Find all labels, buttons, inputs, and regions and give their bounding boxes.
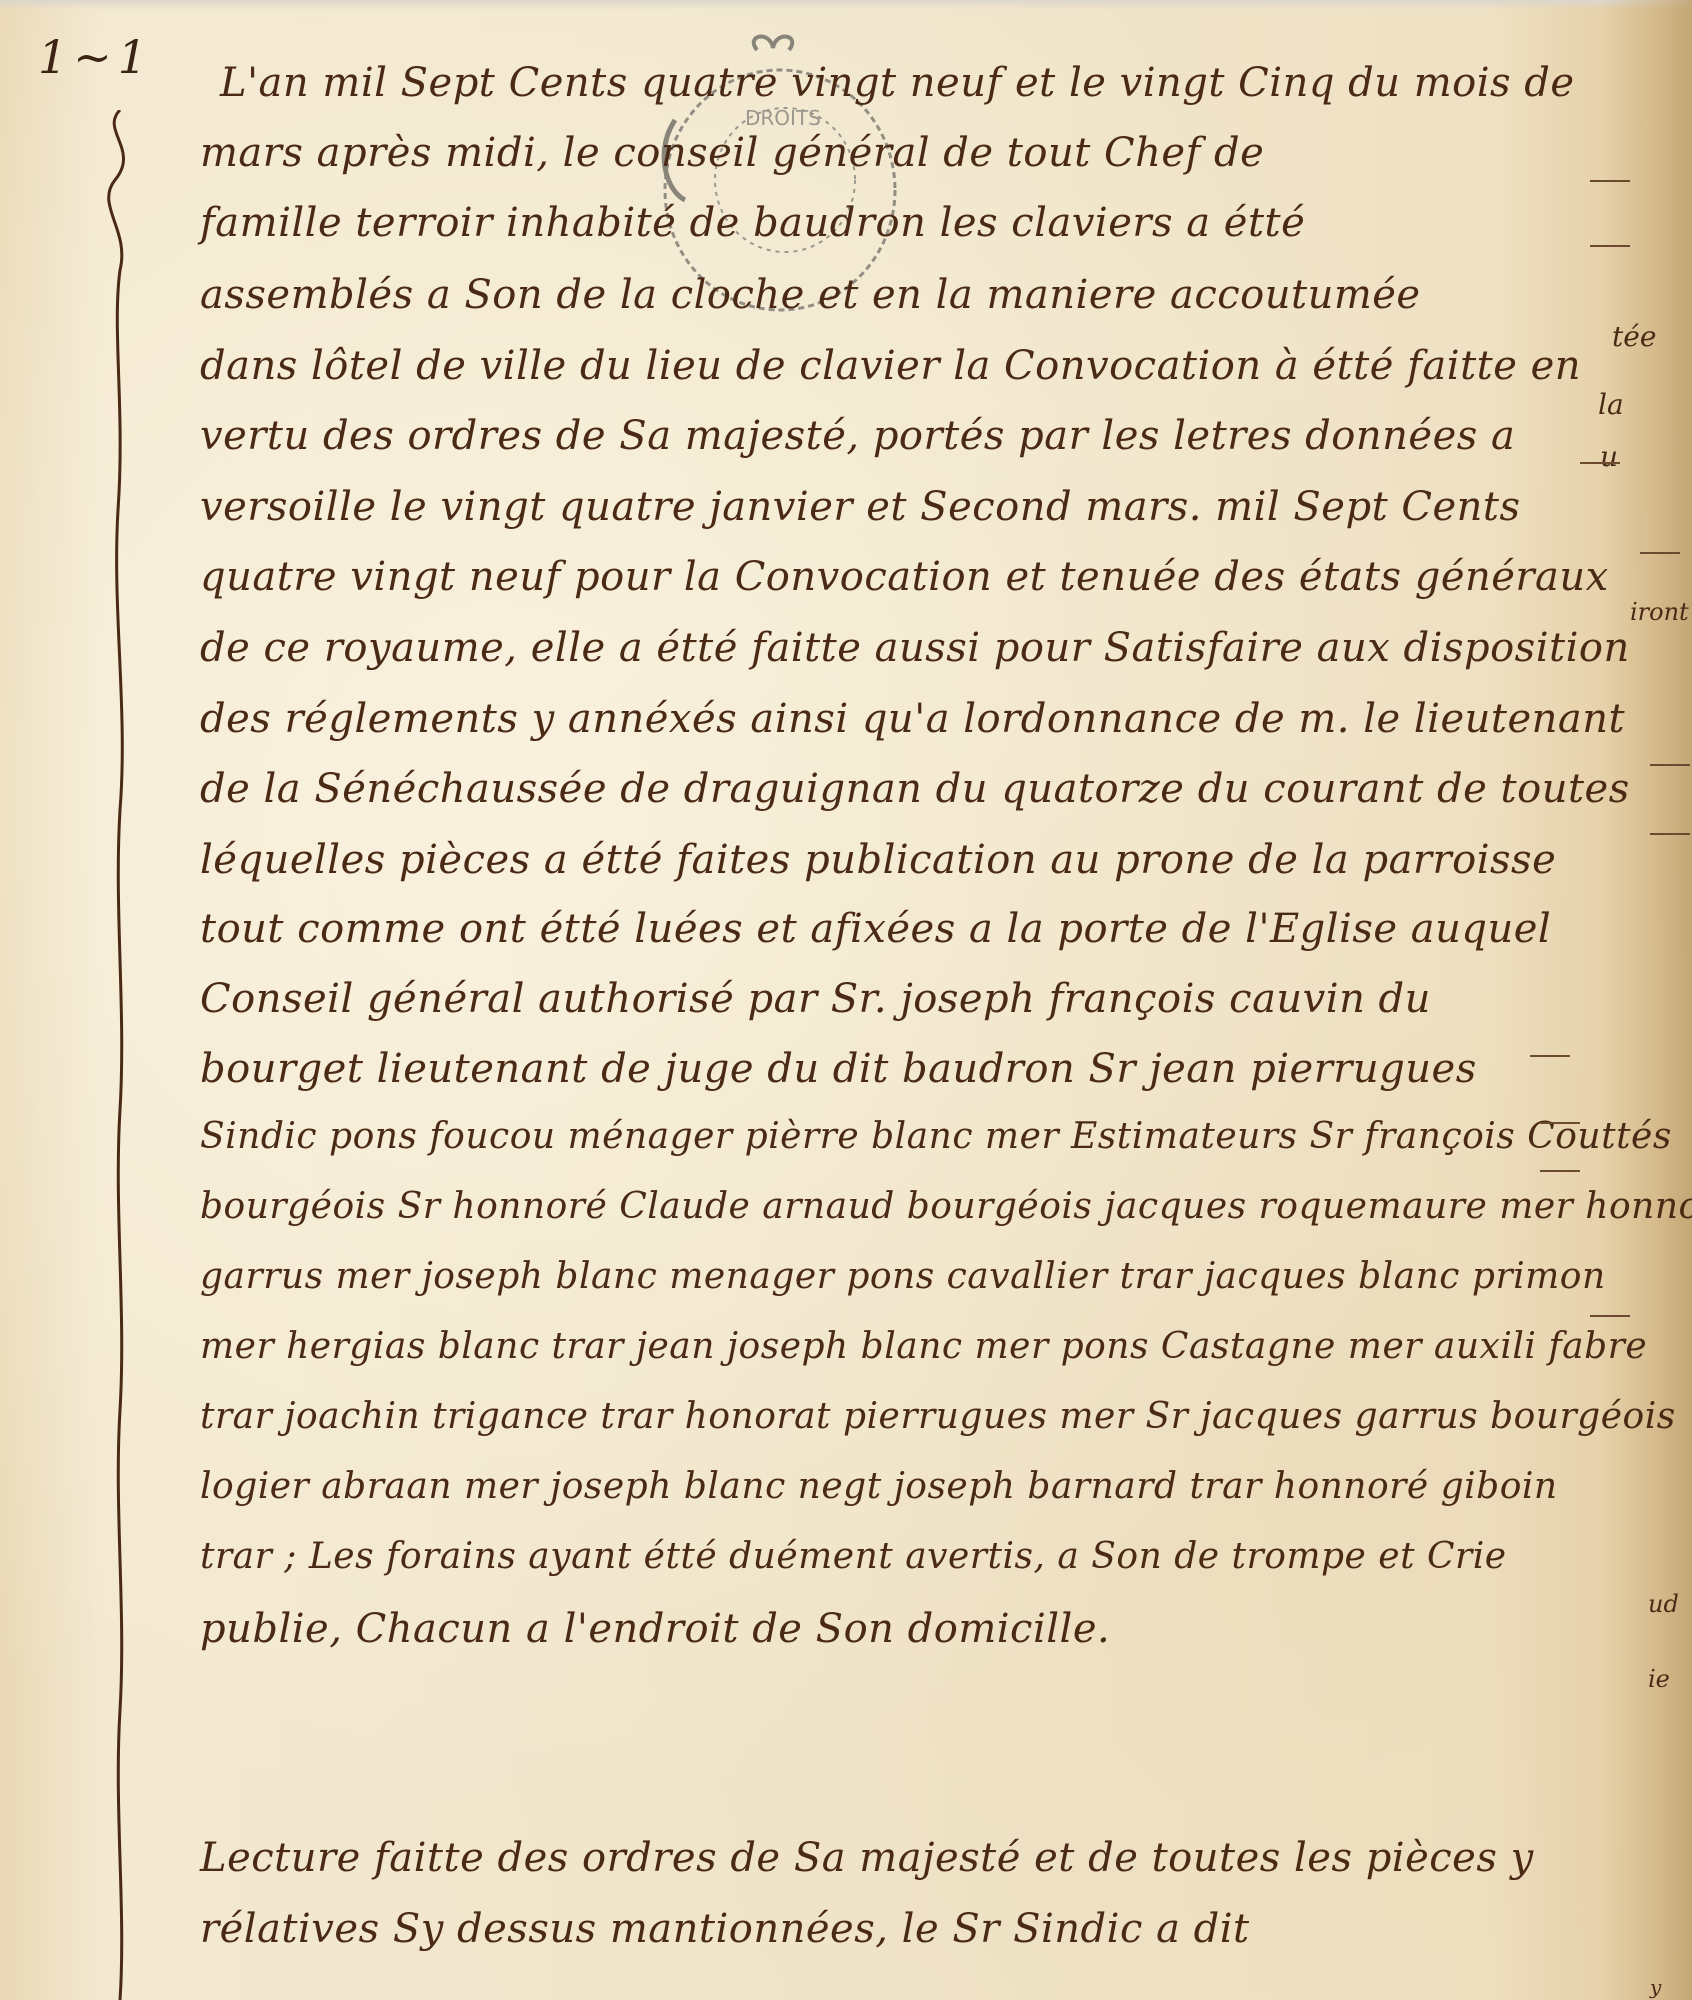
text-line: logier abraan mer joseph blanc negt jose… [200, 1466, 1558, 1507]
text-line: des réglements y annéxés ainsi qu'a lord… [200, 696, 1625, 742]
margin-note: u [1600, 440, 1618, 473]
text-line: versoille le vingt quatre janvier et Sec… [200, 484, 1521, 530]
line-end-dash [1580, 462, 1620, 464]
margin-note: tée [1612, 320, 1656, 353]
text-line: vertu des ordres de Sa majesté, portés p… [200, 413, 1515, 459]
text-line: Lecture faitte des ordres de Sa majesté … [200, 1835, 1534, 1881]
margin-brace-icon [90, 110, 150, 2000]
text-line: mars après midi, le conseil général de t… [200, 130, 1264, 176]
manuscript-page: 1~1 DROITS L'an mil Sept Cents quatre vi… [0, 0, 1692, 2000]
line-end-dash [1530, 1055, 1570, 1057]
margin-note: ud [1648, 1590, 1679, 1618]
margin-note: la [1598, 388, 1624, 421]
svg-text:DROITS: DROITS [745, 106, 821, 130]
text-line: L'an mil Sept Cents quatre vingt neuf et… [220, 60, 1575, 106]
text-line: dans lôtel de ville du lieu de clavier l… [200, 343, 1581, 389]
line-end-dash [1590, 245, 1630, 247]
margin-note: ie [1648, 1665, 1670, 1693]
text-line: garrus mer joseph blanc menager pons cav… [200, 1256, 1606, 1297]
line-end-dash [1650, 764, 1690, 766]
text-line: tout comme ont étté luées et afixées a l… [200, 906, 1551, 952]
text-line: de ce royaume, elle a étté faitte aussi … [200, 625, 1630, 671]
text-line: Conseil général authorisé par Sr. joseph… [200, 976, 1431, 1022]
text-line: trar ; Les forains ayant étté duément av… [200, 1536, 1507, 1577]
margin-note: iront [1630, 598, 1689, 626]
text-line: léquelles pièces a étté faites publicati… [200, 837, 1556, 883]
text-line: publie, Chacun a l'endroit de Son domici… [200, 1606, 1110, 1652]
line-end-dash [1540, 1122, 1580, 1124]
text-line: quatre vingt neuf pour la Convocation et… [200, 554, 1609, 600]
text-line: bourgéois Sr honnoré Claude arnaud bourg… [200, 1186, 1692, 1227]
text-line: rélatives Sy dessus mantionnées, le Sr S… [200, 1906, 1250, 1952]
text-line: trar joachin trigance trar honorat pierr… [200, 1396, 1676, 1437]
line-end-dash [1640, 552, 1680, 554]
line-end-dash [1650, 833, 1690, 835]
line-end-dash [1540, 1170, 1580, 1172]
text-line: de la Sénéchaussée de draguignan du quat… [200, 766, 1630, 812]
text-line: famille terroir inhabité de baudron les … [200, 200, 1305, 246]
text-line: mer hergias blanc trar jean joseph blanc… [200, 1326, 1647, 1367]
page-top-edge [0, 0, 1692, 10]
page-right-edge [1602, 0, 1692, 2000]
text-line: bourget lieutenant de juge du dit baudro… [200, 1046, 1477, 1092]
text-line: Sindic pons foucou ménager pièrre blanc … [200, 1116, 1672, 1157]
text-line: assemblés a Son de la cloche et en la ma… [200, 272, 1421, 318]
line-end-dash [1590, 1315, 1630, 1317]
folio-number: 1~1 [38, 30, 153, 84]
margin-note: y [1650, 1975, 1661, 1999]
line-end-dash [1590, 180, 1630, 182]
